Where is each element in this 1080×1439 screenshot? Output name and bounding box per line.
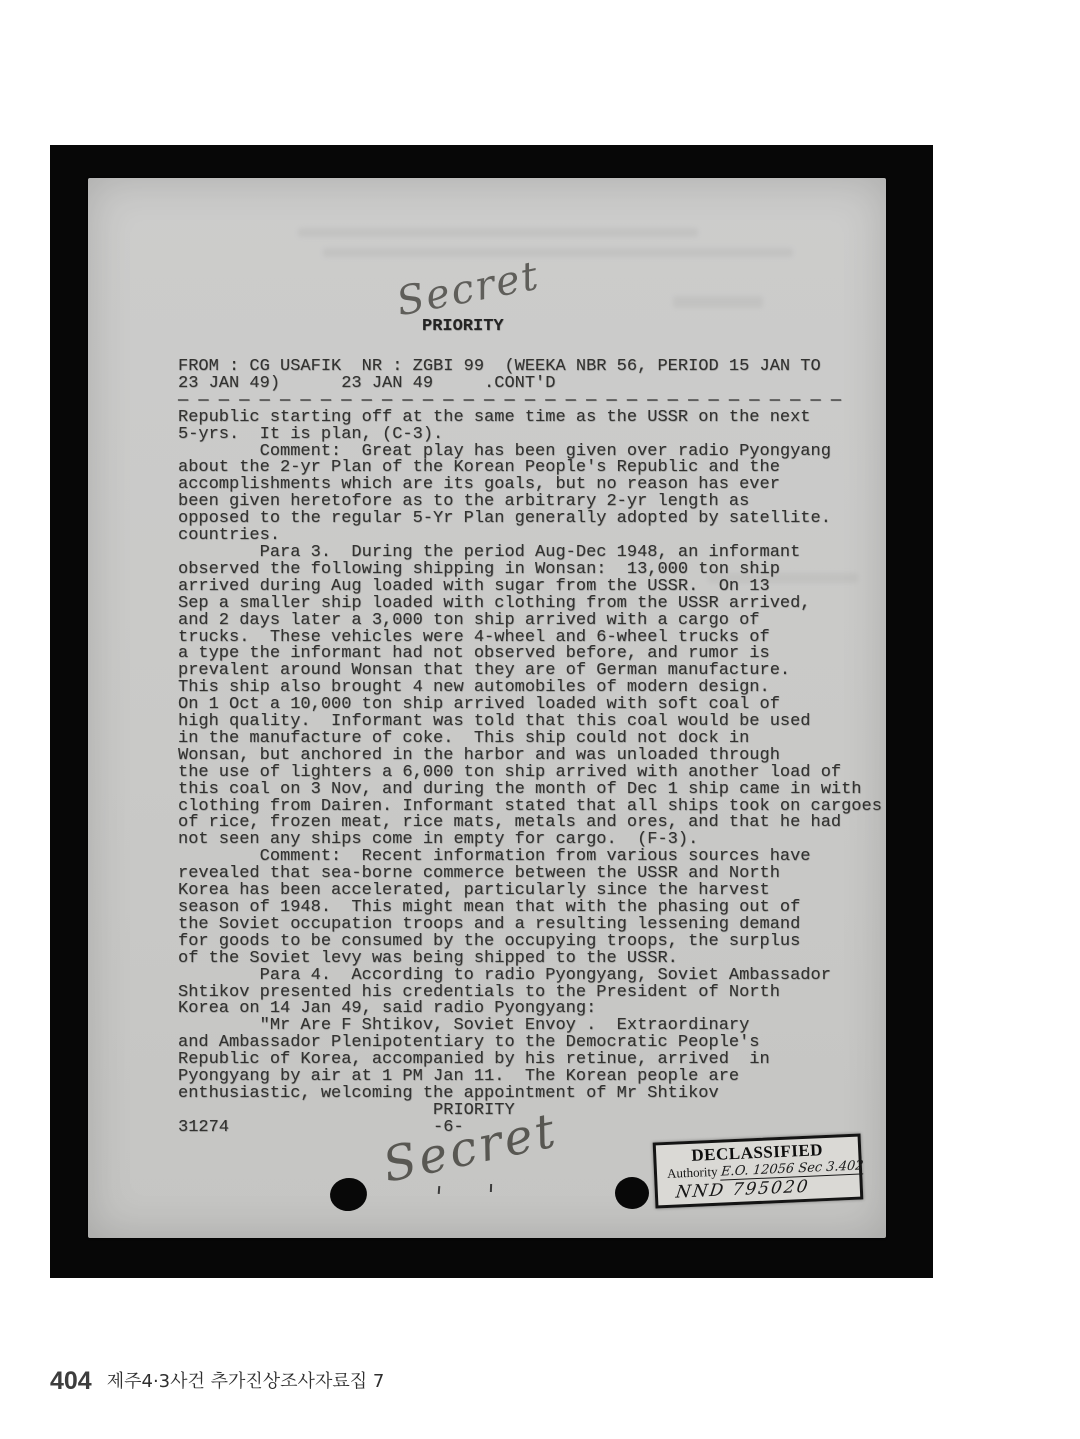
stamp-authority-label: Authority: [667, 1164, 718, 1182]
punch-hole-right: [615, 1177, 649, 1209]
ghost-text-bleedthrough: [323, 248, 793, 257]
punch-hole-left: [328, 1176, 369, 1214]
declassified-stamp: DECLASSIFIED Authority E.O. 12056 Sec 3.…: [653, 1133, 864, 1208]
ghost-text-bleedthrough: [673, 296, 763, 308]
secret-handwriting-top: Secret: [393, 253, 543, 326]
ghost-text-bleedthrough: [298, 228, 698, 237]
document-page: Secret PRIORITY FROM : CG USAFIK NR : ZG…: [88, 178, 886, 1238]
pen-tick-mark: [490, 1184, 492, 1192]
pen-tick-mark: [438, 1186, 441, 1194]
book-caption: 404 제주4·3사건 추가진상조사자료집 7: [50, 1368, 384, 1394]
archival-photo: Secret PRIORITY FROM : CG USAFIK NR : ZG…: [50, 145, 933, 1278]
book-page-number: 404: [50, 1368, 92, 1394]
priority-heading: PRIORITY: [422, 317, 504, 336]
book-title: 제주4·3사건 추가진상조사자료집 7: [107, 1370, 385, 1394]
typed-document-text: FROM : CG USAFIK NR : ZGBI 99 (WEEKA NBR…: [178, 359, 882, 1137]
